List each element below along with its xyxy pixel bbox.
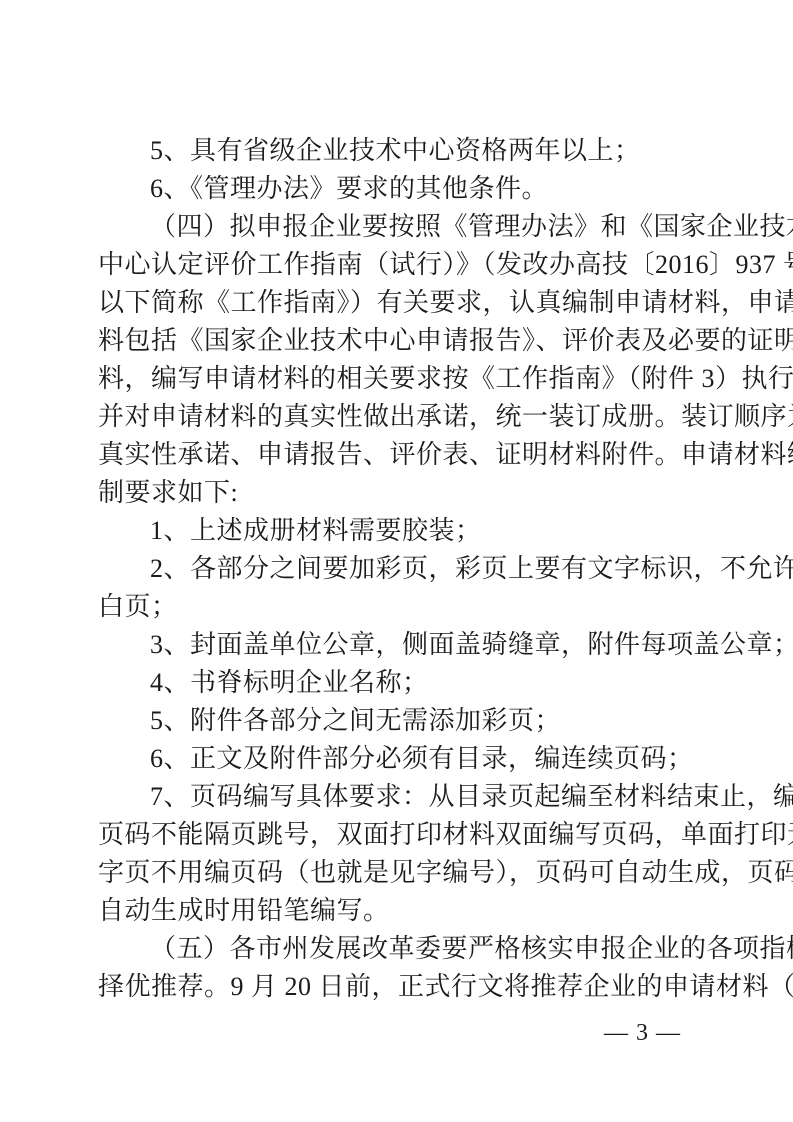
text-line: 5、具有省级企业技术中心资格两年以上； xyxy=(98,132,712,170)
text-line: 中心认定评价工作指南（试行）》（发改办高技〔2016〕937 号， xyxy=(98,246,712,284)
document-body: 5、具有省级企业技术中心资格两年以上；6、《管理办法》要求的其他条件。（四）拟申… xyxy=(98,132,712,1006)
page-number: — 3 — xyxy=(604,1019,681,1047)
text-line: 制要求如下: xyxy=(98,474,712,512)
text-line: 3、封面盖单位公章，侧面盖骑缝章，附件每项盖公章； xyxy=(98,626,712,664)
text-line: 白页； xyxy=(98,588,712,626)
text-line: 1、上述成册材料需要胶装； xyxy=(98,512,712,550)
text-line: 料包括《国家企业技术中心申请报告》、评价表及必要的证明材 xyxy=(98,322,712,360)
text-line: 5、附件各部分之间无需添加彩页； xyxy=(98,702,712,740)
text-line: （五）各市州发展改革委要严格核实申报企业的各项指标， xyxy=(98,930,712,968)
text-line: 4、书脊标明企业名称； xyxy=(98,664,712,702)
text-line: 7、页码编写具体要求：从目录页起编至材料结束止，编写 xyxy=(98,778,712,816)
text-line: 以下简称《工作指南》）有关要求，认真编制申请材料，申请材 xyxy=(98,284,712,322)
text-line: 料，编写申请材料的相关要求按《工作指南》（附件 3）执行， xyxy=(98,360,712,398)
text-line: 择优推荐。9 月 20 日前，正式行文将推荐企业的申请材料（一 xyxy=(98,968,712,1006)
text-line: 字页不用编页码（也就是见字编号），页码可自动生成，页码非 xyxy=(98,854,712,892)
text-line: 真实性承诺、申请报告、评价表、证明材料附件。申请材料编 xyxy=(98,436,712,474)
text-line: 自动生成时用铅笔编写。 xyxy=(98,892,712,930)
text-line: 6、《管理办法》要求的其他条件。 xyxy=(98,170,712,208)
text-line: 页码不能隔页跳号，双面打印材料双面编写页码，单面打印无 xyxy=(98,816,712,854)
text-line: （四）拟申报企业要按照《管理办法》和《国家企业技术 xyxy=(98,208,712,246)
text-line: 并对申请材料的真实性做出承诺，统一装订成册。装订顺序为: xyxy=(98,398,712,436)
text-line: 2、各部分之间要加彩页，彩页上要有文字标识，不允许空 xyxy=(98,550,712,588)
document-page: 5、具有省级企业技术中心资格两年以上；6、《管理办法》要求的其他条件。（四）拟申… xyxy=(0,0,793,1122)
text-line: 6、正文及附件部分必须有目录，编连续页码； xyxy=(98,740,712,778)
